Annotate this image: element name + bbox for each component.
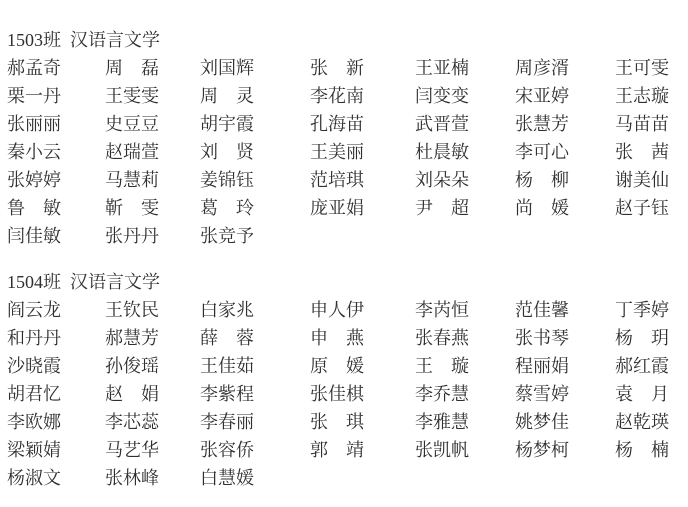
student-name: 王佳茹: [200, 352, 310, 380]
student-name: 梁颖婧: [7, 436, 105, 464]
name-row: 杨淑文张林峰白慧媛: [7, 464, 688, 492]
name-row: 李欧娜李芯蕊李春丽张 琪李雅慧姚梦佳赵乾瑛: [7, 408, 688, 436]
student-name: 申 燕: [310, 324, 415, 352]
student-name: 申人伊: [310, 296, 415, 324]
student-name: 闫变变: [415, 82, 515, 110]
student-name: 胡宇霞: [200, 110, 310, 138]
name-row: 张丽丽史豆豆胡宇霞孔海苗武晋萱张慧芳马苗苗: [7, 110, 688, 138]
student-name: 闫佳敏: [7, 222, 105, 250]
major-label: 汉语言文学: [70, 30, 160, 50]
section-title: 1504班汉语言文学: [7, 268, 688, 296]
student-name: 范培琪: [310, 166, 415, 194]
student-name: 范佳馨: [515, 296, 615, 324]
student-name: 杨梦柯: [515, 436, 615, 464]
student-name: 张婷婷: [7, 166, 105, 194]
student-name: 栗一丹: [7, 82, 105, 110]
student-name: 孔海苗: [310, 110, 415, 138]
student-name: 杨 楠: [615, 436, 688, 464]
name-row: 鲁 敏靳 雯葛 玲庞亚娟尹 超尚 媛赵子钰: [7, 194, 688, 222]
student-name: 郝孟奇: [7, 54, 105, 82]
student-name: 程丽娟: [515, 352, 615, 380]
student-name: 张书琴: [515, 324, 615, 352]
student-name: 张凯帆: [415, 436, 515, 464]
student-name: 王志璇: [615, 82, 688, 110]
student-name: 薛 蓉: [200, 324, 310, 352]
student-name: 王 璇: [415, 352, 515, 380]
student-name: 张 新: [310, 54, 415, 82]
student-name: 尚 媛: [515, 194, 615, 222]
student-name: 姜锦钰: [200, 166, 310, 194]
student-name: 张容侨: [200, 436, 310, 464]
name-row: 阎云龙王钦民白家兆申人伊李芮恒范佳馨丁季婷: [7, 296, 688, 324]
student-name: 郝慧芳: [105, 324, 200, 352]
student-name: 袁 月: [615, 380, 688, 408]
student-name: 白家兆: [200, 296, 310, 324]
student-name: 蔡雪婷: [515, 380, 615, 408]
student-name: 谢美仙: [615, 166, 688, 194]
student-name: 周 磊: [105, 54, 200, 82]
name-row: 栗一丹王雯雯周 灵李花南闫变变宋亚婷王志璇: [7, 82, 688, 110]
student-name: 葛 玲: [200, 194, 310, 222]
class-suffix-label: 班: [43, 272, 61, 292]
student-name: 沙晓霞: [7, 352, 105, 380]
student-name: 杨 玥: [615, 324, 688, 352]
student-name: 周 灵: [200, 82, 310, 110]
student-name: 张竞予: [200, 222, 310, 250]
name-row: 沙晓霞孙俊瑶王佳茹原 媛王 璇程丽娟郝红霞: [7, 352, 688, 380]
class-suffix-label: 班: [43, 30, 61, 50]
student-name: 李芮恒: [415, 296, 515, 324]
student-name: 原 媛: [310, 352, 415, 380]
student-name: 周彦湑: [515, 54, 615, 82]
student-name: 张丽丽: [7, 110, 105, 138]
student-name: 王美丽: [310, 138, 415, 166]
section-title: 1503班汉语言文学: [7, 26, 688, 54]
student-name: 杨淑文: [7, 464, 105, 492]
student-name: 靳 雯: [105, 194, 200, 222]
student-name: 马慧莉: [105, 166, 200, 194]
student-name: 姚梦佳: [515, 408, 615, 436]
student-name: 武晋萱: [415, 110, 515, 138]
student-name: 李雅慧: [415, 408, 515, 436]
student-name: 赵 娟: [105, 380, 200, 408]
name-rows: 阎云龙王钦民白家兆申人伊李芮恒范佳馨丁季婷和丹丹郝慧芳薛 蓉申 燕张春燕张书琴杨…: [7, 296, 688, 492]
student-name: 李春丽: [200, 408, 310, 436]
major-label: 汉语言文学: [70, 272, 160, 292]
student-name: 鲁 敏: [7, 194, 105, 222]
name-row: 胡君忆赵 娟李紫程张佳棋李乔慧蔡雪婷袁 月: [7, 380, 688, 408]
class-section: 1503班汉语言文学 郝孟奇周 磊刘国辉张 新王亚楠周彦湑王可雯栗一丹王雯雯周 …: [7, 26, 688, 250]
student-name: 刘国辉: [200, 54, 310, 82]
student-name: 郝红霞: [615, 352, 688, 380]
name-row: 和丹丹郝慧芳薛 蓉申 燕张春燕张书琴杨 玥: [7, 324, 688, 352]
class-number: 1504: [7, 272, 43, 292]
student-name: 张佳棋: [310, 380, 415, 408]
name-row: 闫佳敏张丹丹张竞予: [7, 222, 688, 250]
class-section: 1504班汉语言文学 阎云龙王钦民白家兆申人伊李芮恒范佳馨丁季婷和丹丹郝慧芳薛 …: [7, 268, 688, 492]
student-name: 张丹丹: [105, 222, 200, 250]
student-name: 李可心: [515, 138, 615, 166]
student-name: 张林峰: [105, 464, 200, 492]
student-name: 杨 柳: [515, 166, 615, 194]
class-number: 1503: [7, 30, 43, 50]
student-name: 李芯蕊: [105, 408, 200, 436]
name-row: 郝孟奇周 磊刘国辉张 新王亚楠周彦湑王可雯: [7, 54, 688, 82]
student-name: 杜晨敏: [415, 138, 515, 166]
student-name: 郭 靖: [310, 436, 415, 464]
student-name: 宋亚婷: [515, 82, 615, 110]
student-name: 李欧娜: [7, 408, 105, 436]
student-name: 赵子钰: [615, 194, 688, 222]
student-name: 王钦民: [105, 296, 200, 324]
student-name: 孙俊瑶: [105, 352, 200, 380]
student-name: 庞亚娟: [310, 194, 415, 222]
student-name: 赵乾瑛: [615, 408, 688, 436]
student-name: 张慧芳: [515, 110, 615, 138]
student-name: 李花南: [310, 82, 415, 110]
student-name: 丁季婷: [615, 296, 688, 324]
student-name: 白慧媛: [200, 464, 310, 492]
student-name: 赵瑞萱: [105, 138, 200, 166]
student-name: 王雯雯: [105, 82, 200, 110]
student-name: 马苗苗: [615, 110, 688, 138]
student-name: 张 琪: [310, 408, 415, 436]
student-name: 刘朵朵: [415, 166, 515, 194]
student-name: 李紫程: [200, 380, 310, 408]
student-name: 阎云龙: [7, 296, 105, 324]
student-name: 胡君忆: [7, 380, 105, 408]
roster-page: 1503班汉语言文学 郝孟奇周 磊刘国辉张 新王亚楠周彦湑王可雯栗一丹王雯雯周 …: [0, 0, 688, 507]
student-name: 尹 超: [415, 194, 515, 222]
name-row: 梁颖婧马艺华张容侨郭 靖张凯帆杨梦柯杨 楠: [7, 436, 688, 464]
student-name: 史豆豆: [105, 110, 200, 138]
name-rows: 郝孟奇周 磊刘国辉张 新王亚楠周彦湑王可雯栗一丹王雯雯周 灵李花南闫变变宋亚婷王…: [7, 54, 688, 250]
student-name: 刘 贤: [200, 138, 310, 166]
student-name: 王亚楠: [415, 54, 515, 82]
student-name: 张 茜: [615, 138, 688, 166]
student-name: 和丹丹: [7, 324, 105, 352]
student-name: 张春燕: [415, 324, 515, 352]
student-name: 马艺华: [105, 436, 200, 464]
name-row: 张婷婷马慧莉姜锦钰范培琪刘朵朵杨 柳谢美仙: [7, 166, 688, 194]
name-row: 秦小云赵瑞萱刘 贤王美丽杜晨敏李可心张 茜: [7, 138, 688, 166]
student-name: 秦小云: [7, 138, 105, 166]
student-name: 王可雯: [615, 54, 688, 82]
student-name: 李乔慧: [415, 380, 515, 408]
